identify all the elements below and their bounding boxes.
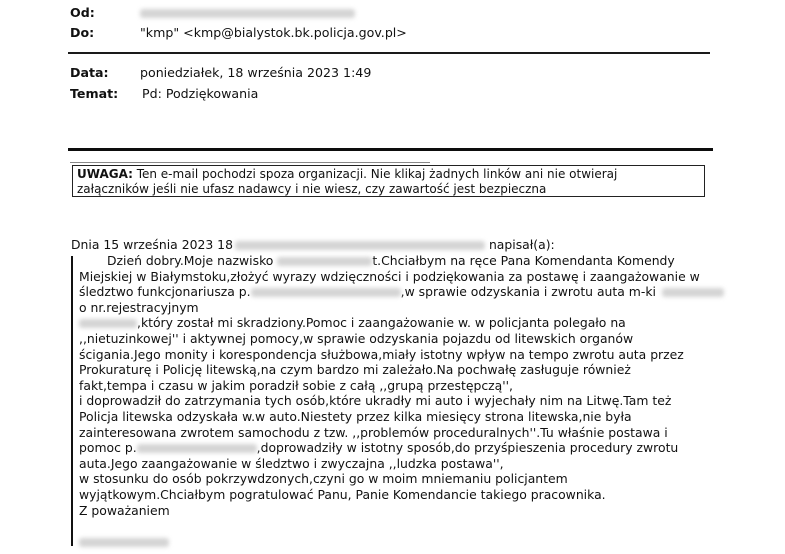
- warning-label: UWAGA:: [77, 167, 133, 181]
- from-value-redacted: [140, 4, 355, 22]
- quote-line: Prokuraturę i Policję litewską,na czym b…: [79, 362, 719, 378]
- section-divider-faint: [70, 162, 430, 163]
- date-value: poniedziałek, 18 września 2023 1:49: [140, 64, 371, 82]
- subject-label: Temat:: [70, 85, 118, 103]
- quote-intro-prefix: Dnia 15 września 2023 18: [71, 237, 233, 252]
- redacted-signature: [79, 538, 169, 547]
- to-label: Do:: [70, 24, 94, 42]
- quote-text: pomoc p.: [79, 440, 137, 455]
- section-divider: [68, 148, 713, 151]
- warning-text-1: Ten e-mail pochodzi spoza organizacji. N…: [133, 167, 617, 181]
- warning-line-2: załączników jeśli nie ufasz nadawcy i ni…: [77, 182, 700, 197]
- quote-line: śledztwo funkcjonariusza p.,w sprawie od…: [79, 284, 719, 300]
- redacted-officer-name: [137, 444, 257, 453]
- quote-line: i doprowadził do zatrzymania tych osób,k…: [79, 393, 719, 409]
- date-label: Data:: [70, 64, 109, 82]
- quote-bar: [71, 256, 73, 546]
- quote-line: o nr.rejestracyjnym: [79, 300, 719, 316]
- warning-line-1: UWAGA: Ten e-mail pochodzi spoza organiz…: [77, 167, 700, 182]
- quote-text: Dzień dobry.Moje nazwisko: [107, 253, 277, 268]
- quote-line: ścigania.Jego monity i korespondencja sł…: [79, 347, 719, 363]
- redacted-registration: [79, 319, 137, 328]
- quote-line: w stosunku do osób pokrzywdzonych,czyni …: [79, 471, 719, 487]
- redacted-original-sender: [235, 241, 485, 250]
- signature: [79, 534, 719, 550]
- quote-line: Miejskiej w Białymstoku,złożyć wyrazy wd…: [79, 269, 719, 285]
- to-value: "kmp" <kmp@bialystok.bk.policja.gov.pl>: [140, 24, 407, 42]
- quote-text: t.Chciałbym na ręce Pana Komendanta Kome…: [372, 253, 674, 268]
- redacted-sender: [140, 9, 355, 18]
- quote-line: zainteresowana zwrotem samochodu z tzw. …: [79, 425, 719, 441]
- quote-text: ,w sprawie odzyskania i zwrotu auta m-ki: [401, 284, 656, 299]
- quote-line: Policja litewska odzyskała w.w auto.Nies…: [79, 409, 719, 425]
- quote-text: ,który został mi skradziony.Pomoc i zaan…: [137, 315, 626, 330]
- quote-intro-suffix: napisał(a):: [489, 237, 555, 252]
- quote-line: Dzień dobry.Moje nazwisko t.Chciałbym na…: [79, 253, 719, 269]
- redacted-car-make: [662, 288, 724, 297]
- quote-line: auta.Jego zaangażowanie w śledztwo i zwy…: [79, 456, 719, 472]
- quote-text: śledztwo funkcjonariusza p.: [79, 284, 251, 299]
- quote-intro: Dnia 15 września 2023 18napisał(a):: [71, 237, 555, 253]
- header-divider: [68, 52, 710, 54]
- redacted-officer-name: [251, 288, 401, 297]
- quote-line: Z poważaniem: [79, 503, 719, 519]
- external-email-warning: UWAGA: Ten e-mail pochodzi spoza organiz…: [72, 165, 705, 197]
- from-label: Od:: [70, 4, 95, 22]
- quote-line: wyjątkowym.Chciałbym pogratulować Panu, …: [79, 487, 719, 503]
- quote-text: ,doprowadziły w istotny sposób,do przyśp…: [257, 440, 679, 455]
- quoted-message-body: Dzień dobry.Moje nazwisko t.Chciałbym na…: [79, 253, 719, 549]
- quote-line: ,który został mi skradziony.Pomoc i zaan…: [79, 315, 719, 331]
- subject-value: Pd: Podziękowania: [142, 85, 258, 103]
- redacted-name: [277, 257, 372, 266]
- quote-line-blank: [79, 518, 719, 534]
- quote-line: fakt,tempa i czasu w jakim poradził sobi…: [79, 378, 719, 394]
- quote-line: ,,nietuzinkowej'' i aktywnej pomocy,w sp…: [79, 331, 719, 347]
- quote-line: pomoc p.,doprowadziły w istotny sposób,d…: [79, 440, 719, 456]
